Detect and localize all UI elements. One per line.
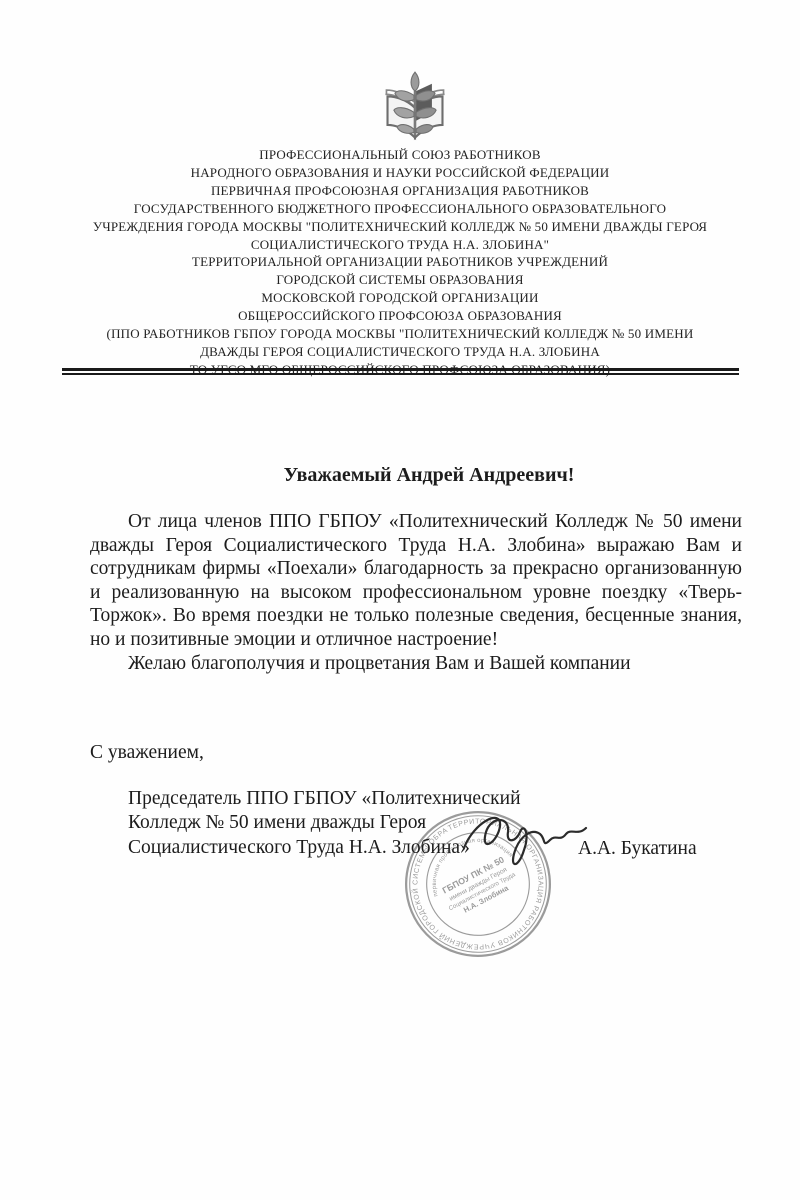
letterhead-line: УЧРЕЖДЕНИЯ ГОРОДА МОСКВЫ "ПОЛИТЕХНИЧЕСКИ… [0, 218, 800, 236]
letterhead-line: ТЕРРИТОРИАЛЬНОЙ ОРГАНИЗАЦИИ РАБОТНИКОВ У… [0, 253, 800, 271]
letterhead-line: (ППО РАБОТНИКОВ ГБПОУ ГОРОДА МОСКВЫ "ПОЛ… [0, 325, 800, 343]
regards-line: С уважением, [90, 742, 204, 764]
letterhead-line: МОСКОВСКОЙ ГОРОДСКОЙ ОРГАНИЗАЦИИ [0, 289, 800, 307]
scanned-letter-page: ПРОФЕССИОНАЛЬНЫЙ СОЮЗ РАБОТНИКОВ НАРОДНО… [0, 0, 800, 1200]
body-paragraph-1: От лица членов ППО ГБПОУ «Политехнически… [90, 510, 742, 652]
body-paragraph-2: Желаю благополучия и процветания Вам и В… [90, 652, 742, 676]
letterhead-line: СОЦИАЛИСТИЧЕСКОГО ТРУДА Н.А. ЗЛОБИНА" [0, 236, 800, 254]
letterhead: ПРОФЕССИОНАЛЬНЫЙ СОЮЗ РАБОТНИКОВ НАРОДНО… [0, 146, 800, 379]
book-leaves-logo-icon [383, 70, 447, 144]
handwritten-signature [458, 796, 598, 880]
letterhead-line: НАРОДНОГО ОБРАЗОВАНИЯ И НАУКИ РОССИЙСКОЙ… [0, 164, 800, 182]
letterhead-line: ГОРОДСКОЙ СИСТЕМЫ ОБРАЗОВАНИЯ [0, 271, 800, 289]
letterhead-divider-rule [62, 368, 739, 375]
letterhead-line: ПЕРВИЧНАЯ ПРОФСОЮЗНАЯ ОРГАНИЗАЦИЯ РАБОТН… [0, 182, 800, 200]
letter-body: От лица членов ППО ГБПОУ «Политехнически… [90, 510, 742, 675]
letterhead-line: ДВАЖДЫ ГЕРОЯ СОЦИАЛИСТИЧЕСКОГО ТРУДА Н.А… [0, 343, 800, 361]
letterhead-line: ОБЩЕРОССИЙСКОГО ПРОФСОЮЗА ОБРАЗОВАНИЯ [0, 307, 800, 325]
salutation: Уважаемый Андрей Андреевич! [104, 464, 754, 487]
letterhead-line: ПРОФЕССИОНАЛЬНЫЙ СОЮЗ РАБОТНИКОВ [0, 146, 800, 164]
letterhead-line: ГОСУДАРСТВЕННОГО БЮДЖЕТНОГО ПРОФЕССИОНАЛ… [0, 200, 800, 218]
